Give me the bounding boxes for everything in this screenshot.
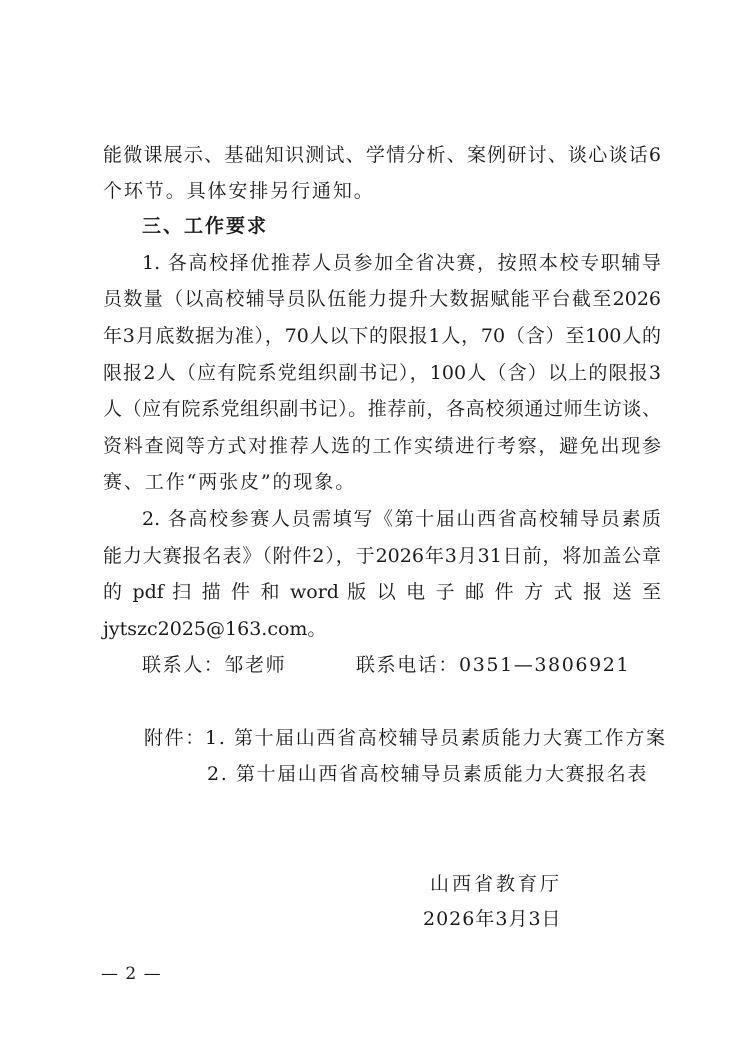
issuer-signature: 山西省教育厅 xyxy=(430,872,562,896)
email-address: jytszc2025@163.com。 xyxy=(103,617,661,641)
body-line: 赛、工作“两张皮”的现象。 xyxy=(103,470,661,494)
body-line: 个环节。具体安排另行通知。 xyxy=(103,179,661,203)
body-line: 的 pdf 扫 描 件 和 word 版 以 电 子 邮 件 方 式 报 送 至 xyxy=(103,580,661,604)
body-line: 年3月底数据为准），70人以下的限报1人，70（含）至100人的 xyxy=(103,324,661,348)
body-line: 能力大赛报名表》（附件2），于2026年3月31日前，将加盖公章 xyxy=(103,544,661,568)
body-line: 人（应有院系党组织副书记）。推荐前，各高校须通过师生访谈、 xyxy=(103,397,661,421)
attachments-label: 附件： xyxy=(144,726,206,750)
body-line: 资料查阅等方式对推荐人选的工作实绩进行考察，避免出现参 xyxy=(103,434,661,458)
body-line: 员数量（以高校辅导员队伍能力提升大数据赋能平台截至2026 xyxy=(103,287,661,311)
page-number: — 2 — xyxy=(101,962,162,986)
section-heading: 三、工作要求 xyxy=(142,214,268,238)
contact-person: 联系人：邹老师 xyxy=(142,653,286,677)
document-page: 能微课展示、基础知识测试、学情分析、案例研讨、谈心谈话6 个环节。具体安排另行通… xyxy=(0,0,752,1064)
body-line: 限报2人（应有院系党组织副书记），100人（含）以上的限报3 xyxy=(103,361,661,385)
attachment-item: 1. 第十届山西省高校辅导员素质能力大赛工作方案 xyxy=(205,726,667,750)
body-line: 1. 各高校择优推荐人员参加全省决赛，按照本校专职辅导 xyxy=(142,251,661,275)
contact-phone: 联系电话：0351—3806921 xyxy=(356,653,630,677)
attachment-item: 2. 第十届山西省高校辅导员素质能力大赛报名表 xyxy=(207,762,648,786)
issue-date: 2026年3月3日 xyxy=(423,907,562,931)
body-line: 2. 各高校参赛人员需填写《第十届山西省高校辅导员素质 xyxy=(142,507,661,531)
body-line: 能微课展示、基础知识测试、学情分析、案例研讨、谈心谈话6 xyxy=(103,143,661,167)
